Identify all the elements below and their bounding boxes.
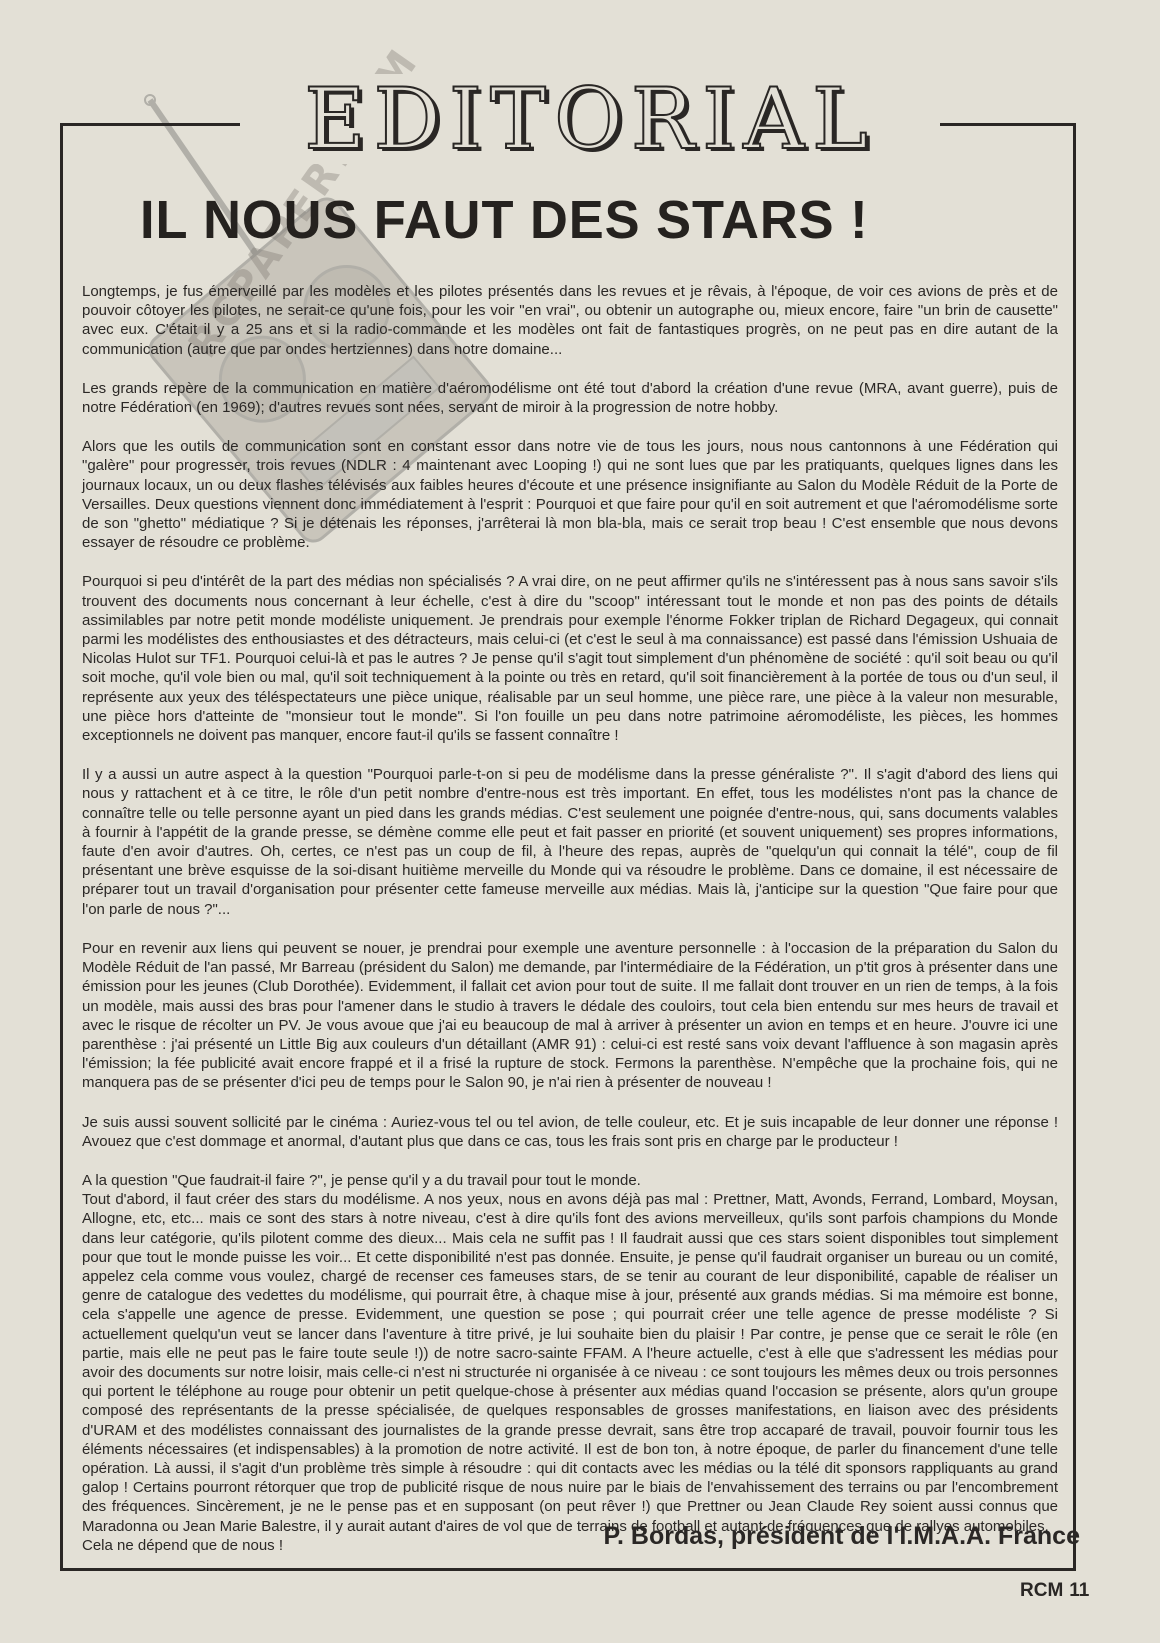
paragraph: Je suis aussi souvent sollicité par le c… [82, 1113, 1058, 1151]
paragraph: A la question "Que faudrait-il faire ?",… [82, 1171, 1058, 1190]
paragraph: Pourquoi si peu d'intérêt de la part des… [82, 572, 1058, 745]
signature: P. Bordas, président de l'I.M.A.A. Franc… [480, 1522, 1080, 1551]
paragraph: Pour en revenir aux liens qui peuvent se… [82, 939, 1058, 1093]
magazine-page: RCPAPER.COM EDITORIAL IL NOUS FAUT DES S… [0, 0, 1160, 1643]
headline: IL NOUS FAUT DES STARS ! [140, 190, 1013, 250]
paragraph: Tout d'abord, il faut créer des stars du… [82, 1190, 1058, 1536]
page-number: 11 [1069, 1580, 1089, 1601]
masthead-title: EDITORIAL [304, 70, 876, 168]
magazine-name: RCM [1020, 1580, 1063, 1601]
paragraph: Les grands repère de la communication en… [82, 379, 1058, 417]
page-footer: RCM11 [1020, 1580, 1089, 1602]
paragraph: Il y a aussi un autre aspect à la questi… [82, 765, 1058, 919]
paragraph: Longtemps, je fus émerveillé par les mod… [82, 282, 1058, 359]
article-body: Longtemps, je fus émerveillé par les mod… [82, 282, 1058, 1555]
masthead: EDITORIAL [240, 74, 940, 164]
paragraph: Alors que les outils de communication so… [82, 437, 1058, 552]
